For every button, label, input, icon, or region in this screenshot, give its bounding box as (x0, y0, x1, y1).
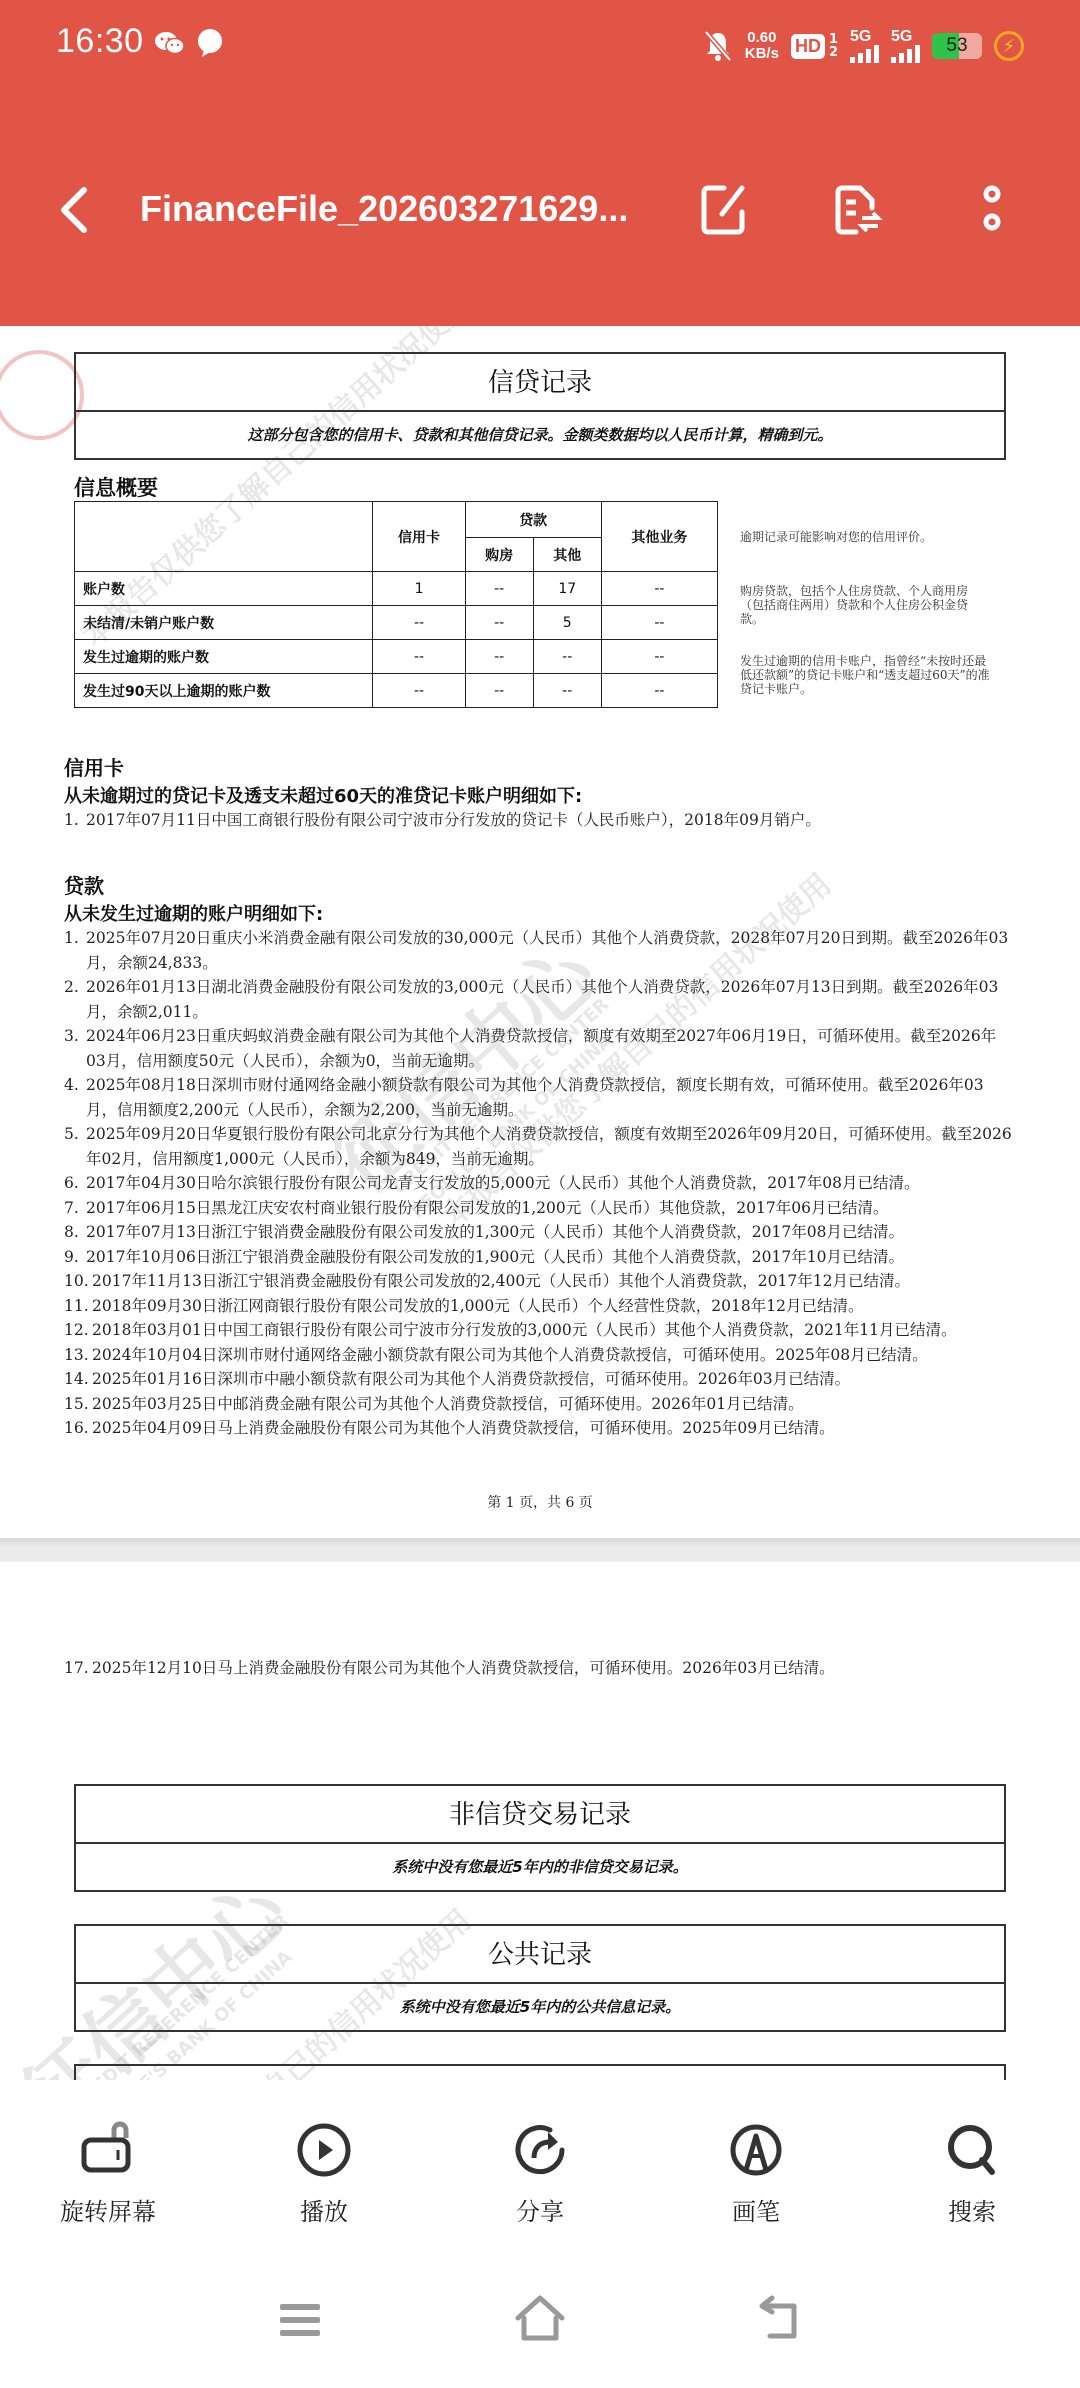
credit-card-list: 1. 2017年07月11日中国工商银行股份有限公司宁波市分行发放的贷记卡（人民… (64, 808, 1014, 833)
page-separator (0, 1538, 1080, 1562)
document-title: FinanceFile_202603271629... (140, 188, 628, 230)
pen-icon (726, 2120, 786, 2180)
page-indicator: 第 1 页，共 6 页 (0, 1492, 1080, 1512)
pen-button[interactable]: 画笔 (686, 2120, 826, 2227)
list-item: 10.2017年11月13日浙江宁银消费金融股份有限公司发放的2,400元（人民… (64, 1269, 1014, 1294)
play-icon (294, 2120, 354, 2180)
credit-record-subtitle: 这部分包含您的信用卡、贷款和其他信贷记录。金额类数据均以人民币计算，精确到元。 (76, 412, 1004, 458)
public-record-subtitle: 系统中没有您最近5年内的公共信息记录。 (76, 1984, 1004, 2030)
credit-card-section-title: 信用卡 (64, 752, 124, 781)
pdf-viewer[interactable]: 本报告仅供您了解自己的信用状况使用 征信中心 CREDIT REFERENCE … (0, 326, 1080, 2080)
rotate-screen-button[interactable]: 旋转屏幕 (38, 2120, 178, 2227)
credit-record-box: 信贷记录 这部分包含您的信用卡、贷款和其他信贷记录。金额类数据均以人民币计算，精… (74, 352, 1006, 460)
list-item: 6.2017年04月30日哈尔滨银行股份有限公司龙青支行发放的5,000元（人民… (64, 1171, 1014, 1196)
sim1-signal: 5G (850, 29, 879, 63)
list-item: 14.2025年01月16日深圳市中融小额贷款有限公司为其他个人消费贷款授信，可… (64, 1367, 1014, 1392)
loan-section-subtitle: 从未发生过逾期的账户明细如下: (64, 900, 323, 926)
summary-table: 信用卡 贷款 其他业务 购房 其他 账户数 1 -- 17 -- 未结清/未销户… (74, 501, 718, 708)
loan-list: 1.2025年07月20日重庆小米消费金融有限公司发放的30,000元（人民币）… (64, 926, 1014, 1441)
document-toolbar: FinanceFile_202603271629... (0, 170, 1080, 250)
edit-icon[interactable] (698, 182, 754, 238)
list-item: 8.2017年07月13日浙江宁银消费金融股份有限公司发放的1,300元（人民币… (64, 1220, 1014, 1245)
list-item: 3.2024年06月23日重庆蚂蚁消费金融有限公司为其他个人消费贷款授信，额度有… (64, 1024, 1014, 1073)
sim2-signal: 5G (891, 29, 920, 63)
list-item: 16.2025年04月09日马上消费金融股份有限公司为其他个人消费贷款授信，可循… (64, 1416, 1014, 1441)
back-icon[interactable] (54, 184, 94, 236)
table-row: 发生过逾期的账户数 -- -- -- -- (75, 640, 718, 674)
search-button[interactable]: 搜索 (902, 2120, 1042, 2227)
list-item: 2.2026年01月13日湖北消费金融股份有限公司发放的3,000元（人民币）其… (64, 975, 1014, 1024)
note-overdue-card: 发生过逾期的信用卡账户，指曾经“未按时还最低还款额”的贷记卡账户和“透支超过60… (740, 654, 990, 696)
home-icon[interactable] (510, 2290, 570, 2350)
share-button[interactable]: 分享 (470, 2120, 610, 2227)
app-bar: 16:30 0.60 KB/s HD 12 5G (0, 0, 1080, 326)
network-speed: 0.60 KB/s (745, 30, 779, 62)
query-record-box: 查询记录 这部分包含您的信用报告最近2年内被查询的记录。 (74, 2064, 1006, 2080)
table-row: 账户数 1 -- 17 -- (75, 572, 718, 606)
more-icon[interactable] (964, 182, 1020, 238)
public-record-box: 公共记录 系统中没有您最近5年内的公共信息记录。 (74, 1924, 1006, 2032)
list-item: 11.2018年09月30日浙江网商银行股份有限公司发放的1,000元（人民币）… (64, 1294, 1014, 1319)
system-navigation-bar (0, 2260, 1080, 2388)
header-loan: 贷款 (465, 502, 601, 538)
non-credit-record-box: 非信贷交易记录 系统中没有您最近5年内的非信贷交易记录。 (74, 1784, 1006, 1892)
document-convert-icon[interactable] (830, 182, 886, 238)
query-record-title: 查询记录 (76, 2066, 1004, 2080)
charging-icon: ⚡ (994, 31, 1024, 61)
loan-section-title: 贷款 (64, 870, 104, 899)
note-overdue-impact: 逾期记录可能影响对您的信用评价。 (740, 530, 990, 544)
share-icon (510, 2120, 570, 2180)
list-item: 7.2017年06月15日黑龙江庆安农村商业银行股份有限公司发放的1,200元（… (64, 1196, 1014, 1221)
mute-bell-icon (703, 29, 733, 63)
list-item: 1.2025年07月20日重庆小米消费金融有限公司发放的30,000元（人民币）… (64, 926, 1014, 975)
table-row: 发生过90天以上逾期的账户数 -- -- -- -- (75, 674, 718, 708)
list-item: 4.2025年08月18日深圳市财付通网络金融小额贷款有限公司为其他个人消费贷款… (64, 1073, 1014, 1122)
list-item: 17.2025年12月10日马上消费金融股份有限公司为其他个人消费贷款授信，可循… (64, 1656, 1014, 1681)
header-credit-card: 信用卡 (373, 502, 465, 572)
status-time: 16:30 (56, 22, 144, 61)
non-credit-record-title: 非信贷交易记录 (76, 1786, 1004, 1844)
summary-title: 信息概要 (74, 472, 158, 502)
wechat-notification-icon (154, 30, 186, 56)
credit-card-section-subtitle: 从未逾期过的贷记卡及透支未超过60天的准贷记卡账户明细如下: (64, 782, 582, 808)
hd-sim-numbers: 12 (829, 33, 838, 59)
pdf-page-2: 征信中心 CREDIT REFERENCE CENTER PEOPLE'S BA… (0, 1562, 1080, 2080)
status-bar: 16:30 0.60 KB/s HD 12 5G (0, 22, 1080, 72)
hd-voice-badge: HD (791, 34, 825, 59)
list-item: 13.2024年10月04日深圳市财付通网络金融小额贷款有限公司为其他个人消费贷… (64, 1343, 1014, 1368)
note-housing-loan: 购房贷款，包括个人住房贷款、个人商用房（包括商住两用）贷款和个人住房公积金贷款。 (740, 584, 990, 626)
list-item: 15.2025年03月25日中邮消费金融有限公司为其他个人消费贷款授信，可循环使… (64, 1392, 1014, 1417)
menu-icon[interactable] (270, 2290, 330, 2350)
list-item: 5.2025年09月20日华夏银行股份有限公司北京分行为其他个人消费贷款授信，额… (64, 1122, 1014, 1171)
header-loan-other: 其他 (533, 538, 601, 572)
header-other-business: 其他业务 (601, 502, 717, 572)
non-credit-record-subtitle: 系统中没有您最近5年内的非信贷交易记录。 (76, 1844, 1004, 1890)
loan-list-continued: 17.2025年12月10日马上消费金融股份有限公司为其他个人消费贷款授信，可循… (64, 1656, 1014, 1681)
play-button[interactable]: 播放 (254, 2120, 394, 2227)
header-loan-housing: 购房 (465, 538, 533, 572)
credit-record-title: 信贷记录 (76, 354, 1004, 412)
list-item: 9.2017年10月06日浙江宁银消费金融股份有限公司发放的1,900元（人民币… (64, 1245, 1014, 1270)
list-item: 12.2018年03月01日中国工商银行股份有限公司宁波市分行发放的3,000元… (64, 1318, 1014, 1343)
table-row: 未结清/未销户账户数 -- -- 5 -- (75, 606, 718, 640)
public-record-title: 公共记录 (76, 1926, 1004, 1984)
back-nav-icon[interactable] (750, 2290, 810, 2350)
bottom-action-bar: 旋转屏幕 播放 分享 画笔 搜索 (0, 2080, 1080, 2260)
rotate-lock-icon (78, 2120, 138, 2180)
status-indicators: 0.60 KB/s HD 12 5G 5G 53 ⚡ (703, 26, 1024, 66)
message-notification-icon (196, 28, 224, 58)
search-icon (942, 2120, 1002, 2180)
battery-indicator: 53 (932, 33, 982, 59)
watermark-seal (0, 350, 84, 440)
list-item: 1. 2017年07月11日中国工商银行股份有限公司宁波市分行发放的贷记卡（人民… (64, 808, 1014, 833)
pdf-page-1: 本报告仅供您了解自己的信用状况使用 征信中心 CREDIT REFERENCE … (0, 326, 1080, 1538)
